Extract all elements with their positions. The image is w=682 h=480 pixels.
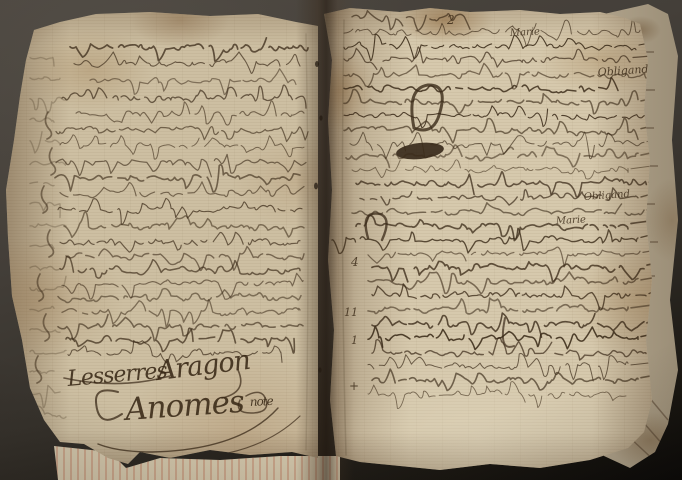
manuscript-scan: Lesserres Aragon Anomes note 24111+O xyxy=(0,0,682,480)
binding-stitches xyxy=(0,0,682,480)
